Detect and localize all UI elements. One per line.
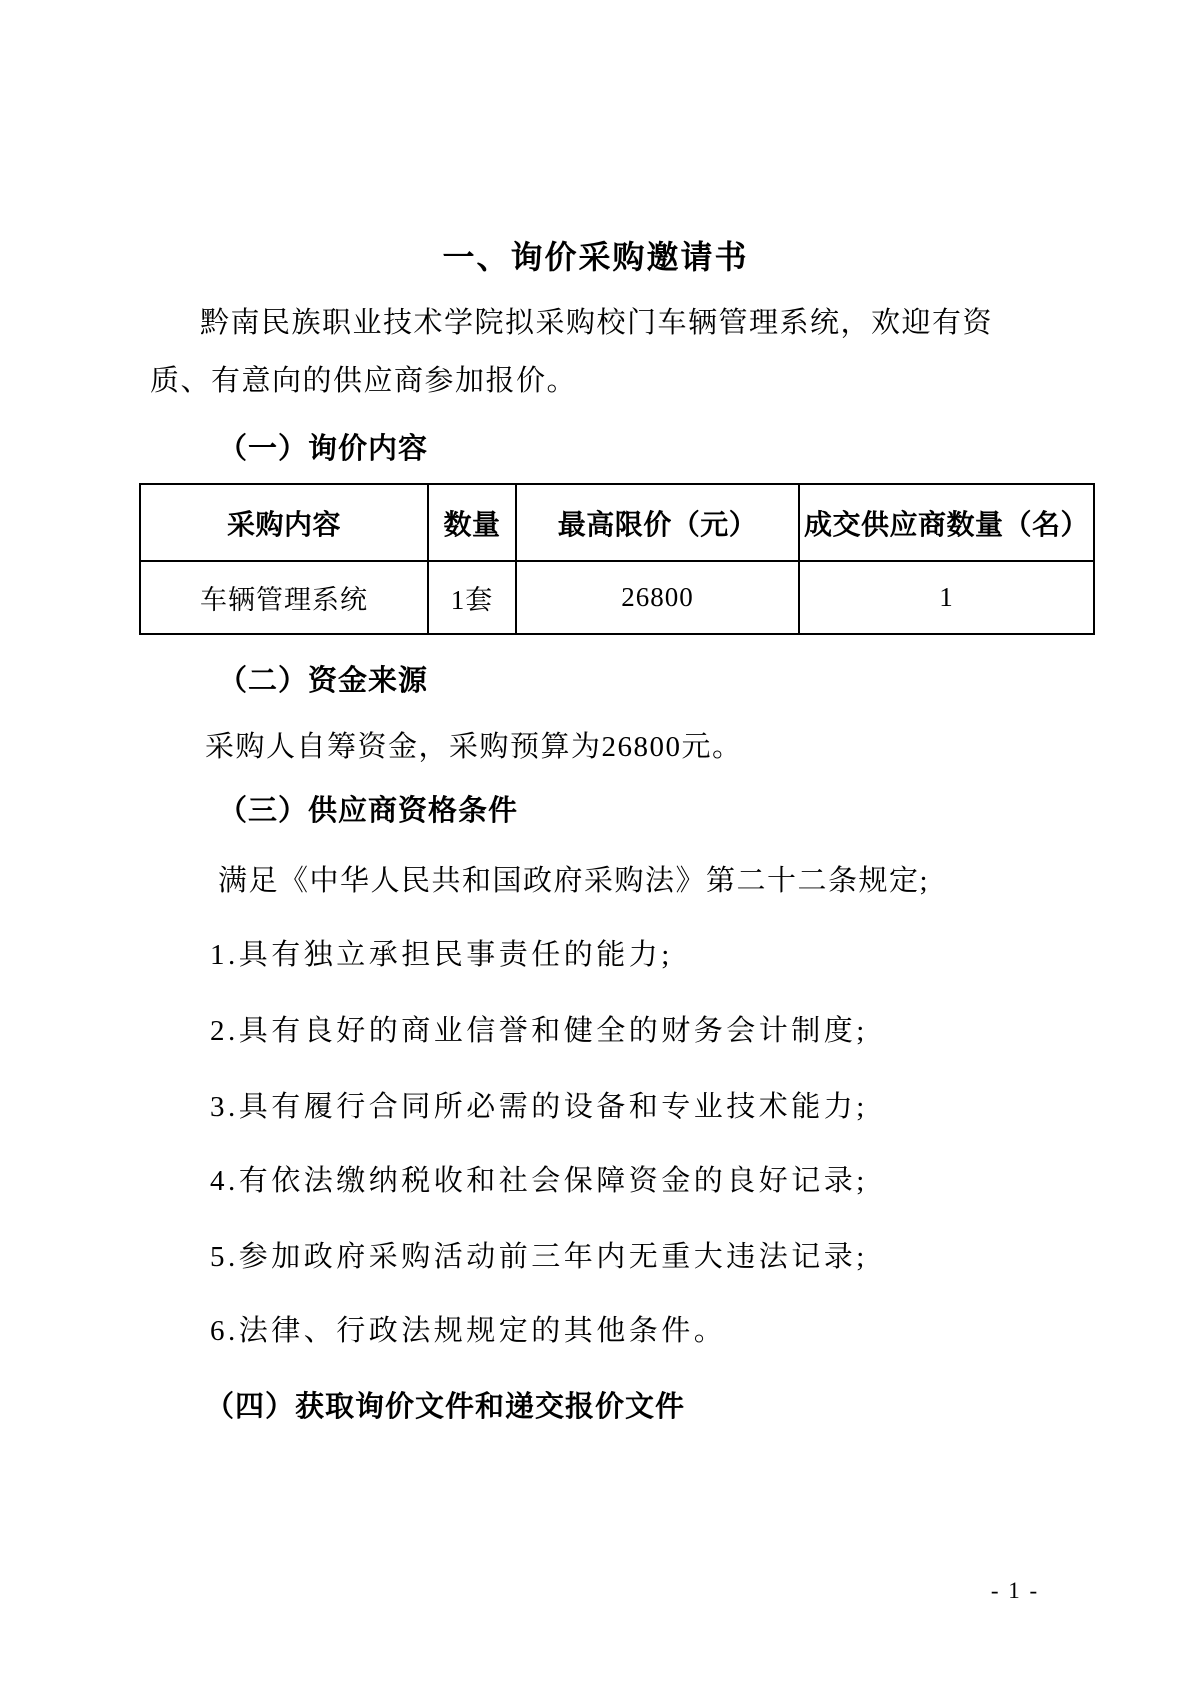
intro-paragraph-line-1: 黔南民族职业技术学院拟采购校门车辆管理系统，欢迎有资 <box>200 300 993 341</box>
table-header-row: 采购内容 数量 最高限价（元） 成交供应商数量（名） <box>140 484 1094 561</box>
section-3-heading: （三）供应商资格条件 <box>218 788 518 829</box>
qualification-item-3: 3.具有履行合同所必需的设备和专业技术能力; <box>210 1084 868 1125</box>
column-header-quantity: 数量 <box>428 484 516 561</box>
intro-paragraph-line-2: 质、有意向的供应商参加报价。 <box>150 358 577 399</box>
column-header-max-price: 最高限价（元） <box>516 484 799 561</box>
document-title: 一、询价采购邀请书 <box>0 232 1191 278</box>
column-header-procurement-content: 采购内容 <box>140 484 428 561</box>
qualification-item-6: 6.法律、行政法规规定的其他条件。 <box>210 1308 726 1349</box>
qualification-item-4: 4.有依法缴纳税收和社会保障资金的良好记录; <box>210 1158 868 1199</box>
section-3-intro: 满足《中华人民共和国政府采购法》第二十二条规定; <box>218 858 929 899</box>
qualification-item-5: 5.参加政府采购活动前三年内无重大违法记录; <box>210 1234 868 1275</box>
inquiry-content-table: 采购内容 数量 最高限价（元） 成交供应商数量（名） 车辆管理系统 1套 268… <box>139 483 1095 635</box>
qualification-item-1: 1.具有独立承担民事责任的能力; <box>210 932 673 973</box>
cell-max-price: 26800 <box>516 561 799 634</box>
qualification-item-2: 2.具有良好的商业信誉和健全的财务会计制度; <box>210 1008 868 1049</box>
column-header-supplier-count: 成交供应商数量（名） <box>799 484 1094 561</box>
section-2-heading: （二）资金来源 <box>218 658 428 699</box>
cell-procurement-content: 车辆管理系统 <box>140 561 428 634</box>
cell-supplier-count: 1 <box>799 561 1094 634</box>
page-number: - 1 - <box>960 1578 1070 1604</box>
cell-quantity: 1套 <box>428 561 516 634</box>
section-4-heading: （四）获取询价文件和递交报价文件 <box>205 1384 685 1425</box>
section-2-body: 采购人自筹资金，采购预算为26800元。 <box>205 724 743 765</box>
document-page: 一、询价采购邀请书 黔南民族职业技术学院拟采购校门车辆管理系统，欢迎有资 质、有… <box>0 0 1191 1684</box>
table-row: 车辆管理系统 1套 26800 1 <box>140 561 1094 634</box>
section-1-heading: （一）询价内容 <box>218 426 428 467</box>
